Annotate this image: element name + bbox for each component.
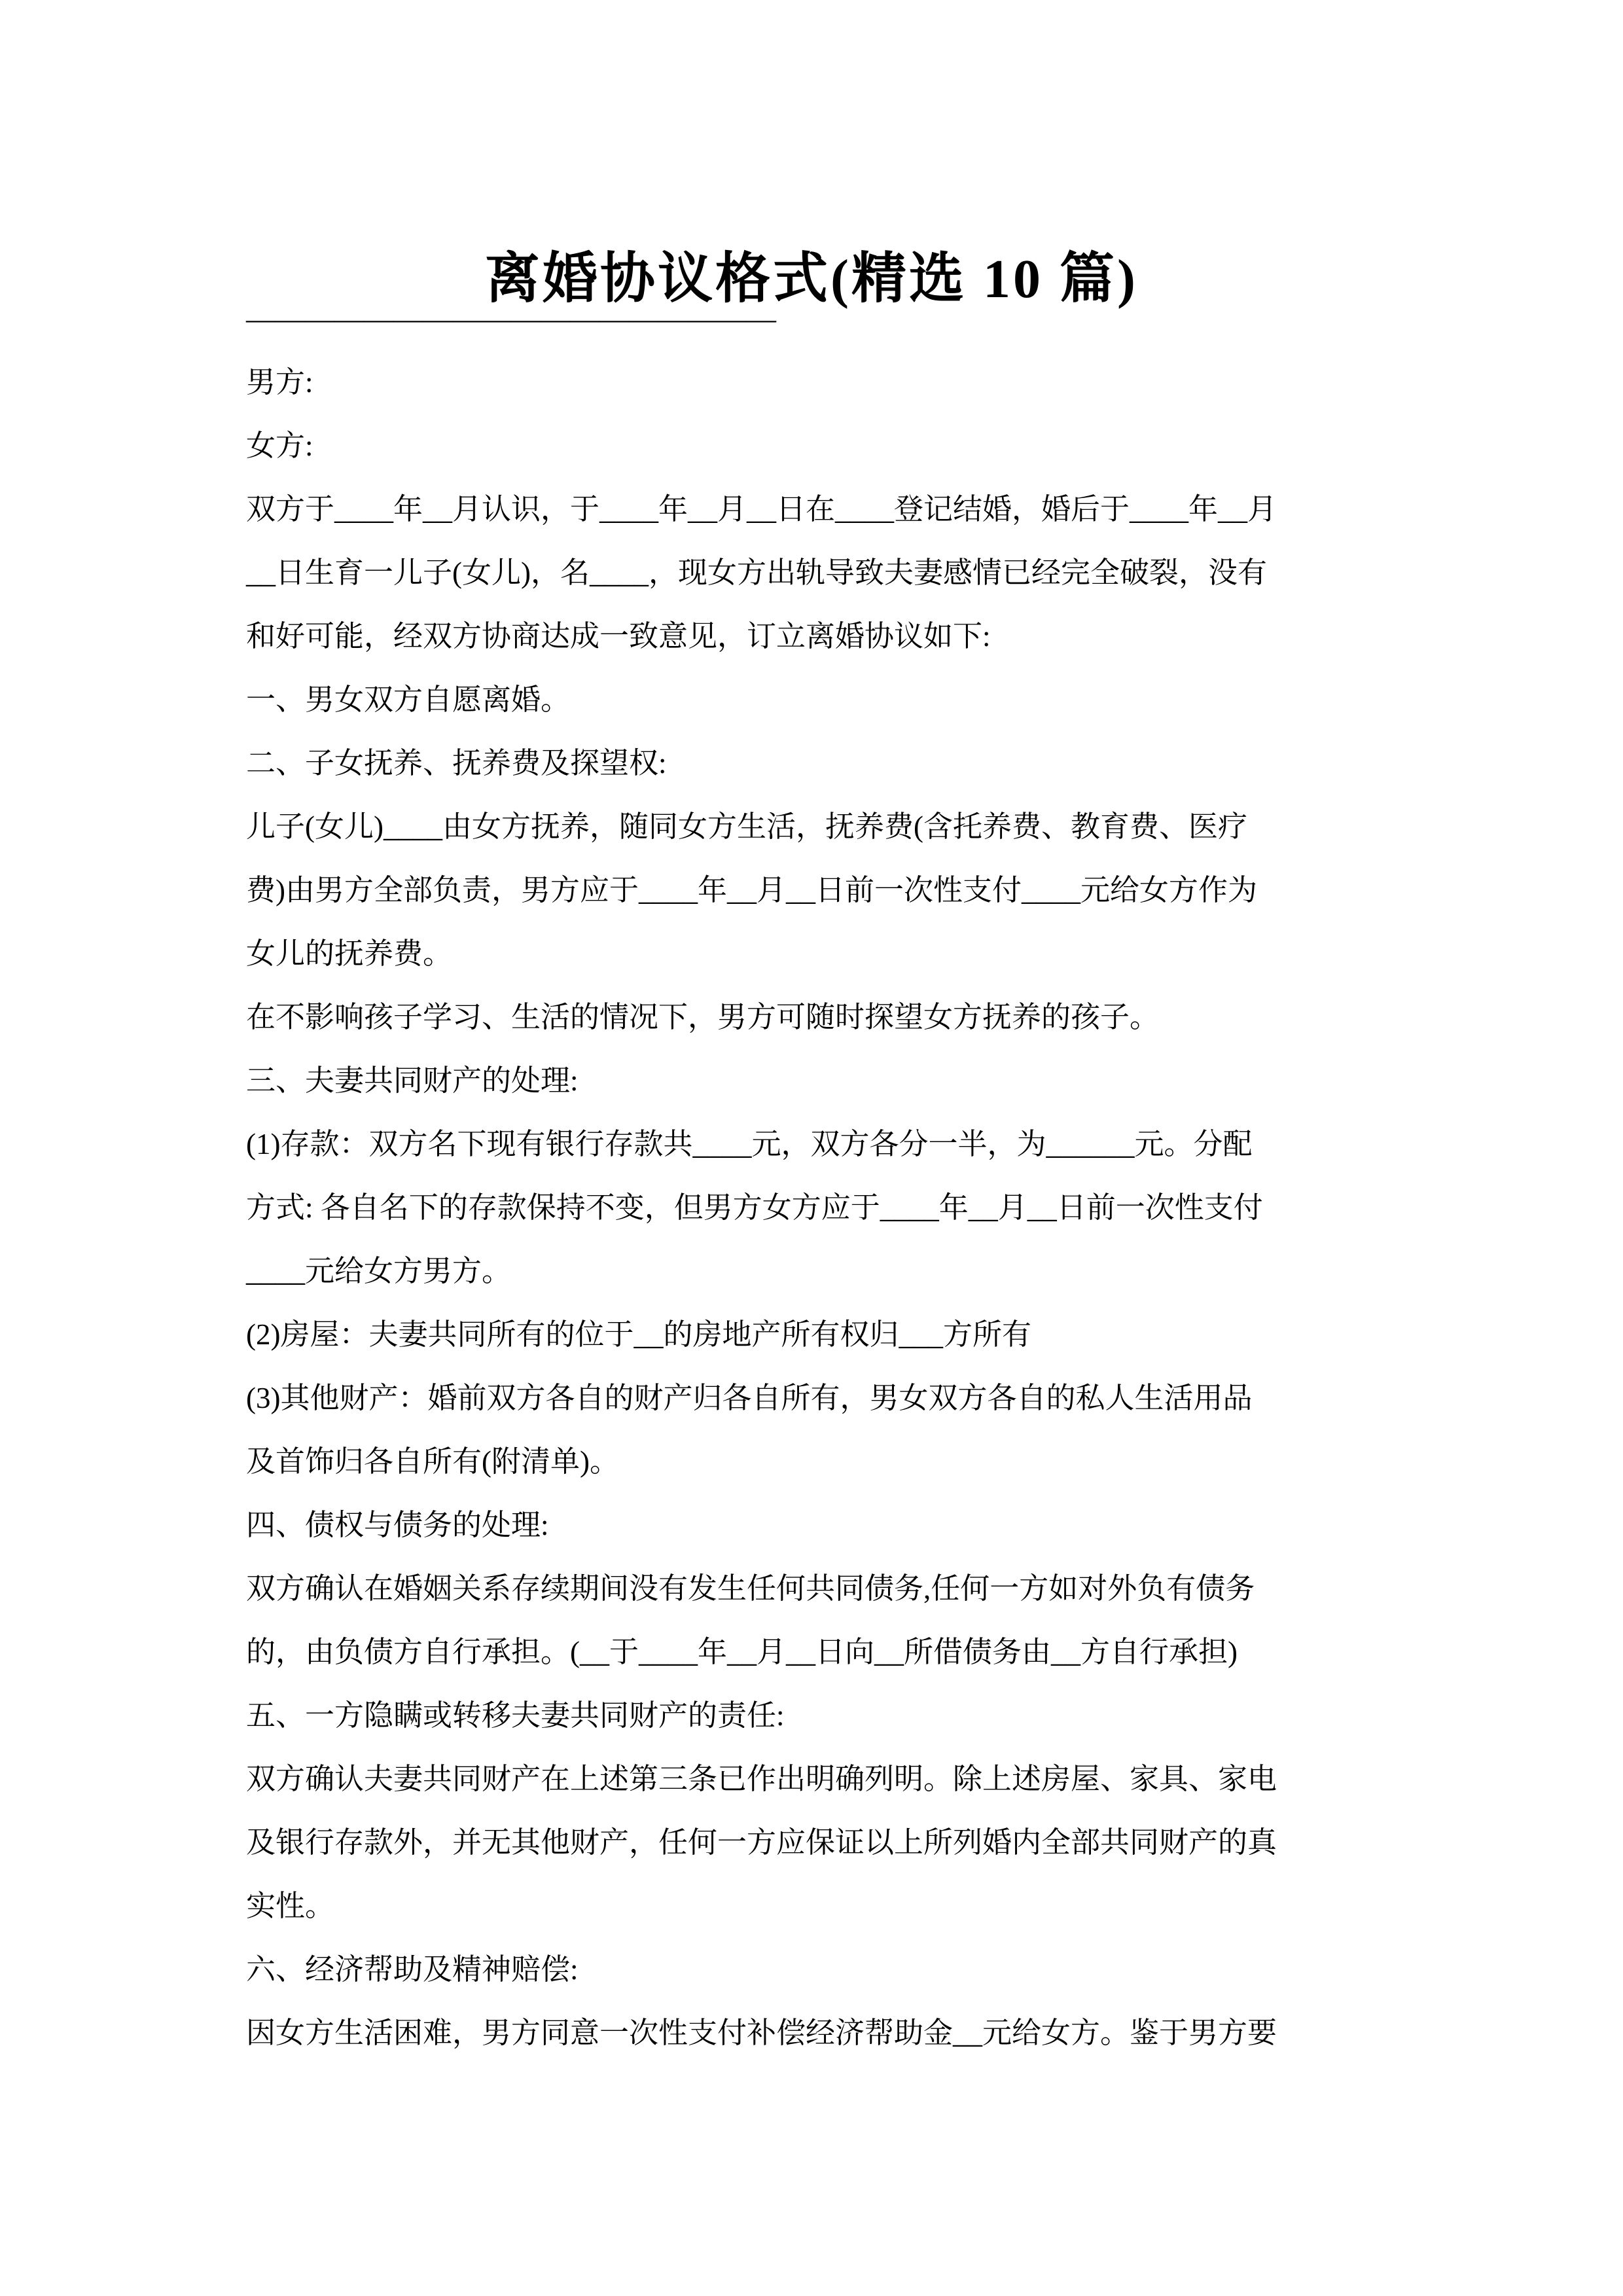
text-line: (3)其他财产：婚前双方各自的财产归各自所有，男女双方各自的私人生活用品 (246, 1367, 1377, 1430)
text-line: ____元给女方男方。 (246, 1240, 1377, 1303)
text-line: 双方确认在婚姻关系存续期间没有发生任何共同债务,任何一方如对外负有债务 (246, 1557, 1377, 1621)
section-4-heading: 四、债权与债务的处理: (246, 1494, 1377, 1557)
text-line: 的，由负债方自行承担。(__于____年__月__日向__所借债务由__方自行承… (246, 1621, 1377, 1684)
text-line: 方式: 各自名下的存款保持不变，但男方女方应于____年__月__日前一次性支付 (246, 1176, 1377, 1240)
document-body: —————————————————— 男方: 女方: 双方于____年__月认识… (246, 287, 1377, 2065)
section-3-heading: 三、夫妻共同财产的处理: (246, 1049, 1377, 1113)
section-6-heading: 六、经济帮助及精神赔偿: (246, 1938, 1377, 2001)
text-line: (2)房屋：夫妻共同所有的位于__的房地产所有权归___方所有 (246, 1303, 1377, 1367)
line-party-female: 女方: (246, 414, 1377, 478)
section-5-heading: 五、一方隐瞒或转移夫妻共同财产的责任: (246, 1684, 1377, 1748)
text-line: 儿子(女儿)____由女方抚养，随同女方生活，抚养费(含托养费、教育费、医疗 (246, 795, 1377, 859)
text-line: 因女方生活困难，男方同意一次性支付补偿经济帮助金__元给女方。鉴于男方要 (246, 2001, 1377, 2065)
text-line: 女儿的抚养费。 (246, 922, 1377, 986)
text-line: 和好可能，经双方协商达成一致意见，订立离婚协议如下: (246, 605, 1377, 668)
document-page: 离婚协议格式(精选 10 篇) —————————————————— 男方: 女… (0, 0, 1623, 2296)
text-line: 双方确认夫妻共同财产在上述第三条已作出明确列明。除上述房屋、家具、家电 (246, 1748, 1377, 1811)
text-line: __日生育一儿子(女儿)，名____，现女方出轨导致夫妻感情已经完全破裂，没有 (246, 541, 1377, 605)
text-line: 在不影响孩子学习、生活的情况下，男方可随时探望女方抚养的孩子。 (246, 986, 1377, 1049)
text-line: 费)由男方全部负责，男方应于____年__月__日前一次性支付____元给女方作… (246, 859, 1377, 922)
section-1-heading: 一、男女双方自愿离婚。 (246, 668, 1377, 732)
section-2-heading: 二、子女抚养、抚养费及探望权: (246, 732, 1377, 795)
text-line: 实性。 (246, 1874, 1377, 1938)
title-underline: —————————————————— (246, 287, 1377, 351)
line-party-male: 男方: (246, 351, 1377, 414)
text-line: 及首饰归各自所有(附清单)。 (246, 1430, 1377, 1494)
text-line: 双方于____年__月认识，于____年__月__日在____登记结婚，婚后于_… (246, 478, 1377, 541)
text-line: 及银行存款外，并无其他财产，任何一方应保证以上所列婚内全部共同财产的真 (246, 1811, 1377, 1874)
text-line: (1)存款：双方名下现有银行存款共____元，双方各分一半，为______元。分… (246, 1113, 1377, 1176)
